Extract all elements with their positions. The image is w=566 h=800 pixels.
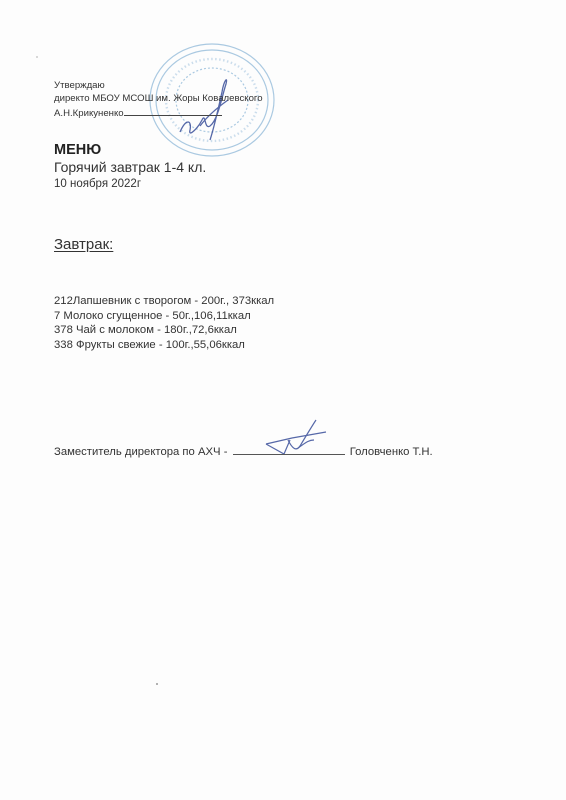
scan-speck [156, 683, 158, 685]
menu-item: 378 Чай с молоком - 180г.,72,6ккал [54, 323, 274, 338]
menu-item: 212Лапшевник с творогом - 200г., 373ккал [54, 294, 274, 309]
menu-items-list: 212Лапшевник с творогом - 200г., 373ккал… [54, 294, 274, 352]
approval-block: Утверждаю директо МБОУ МСОШ им. Жоры Ков… [54, 79, 263, 120]
footer-name: Головченко Т.Н. [350, 446, 433, 458]
approval-position: директо МБОУ МСОШ им. Жоры Ковалевского [54, 92, 263, 105]
signature-line [233, 443, 345, 455]
menu-item: 338 Фрукты свежие - 100г.,55,06ккал [54, 338, 274, 353]
footer-position: Заместитель директора по АХЧ - [54, 446, 227, 458]
page-title: МЕНЮ [54, 141, 206, 159]
approval-label: Утверждаю [54, 79, 263, 92]
section-heading-breakfast: Завтрак: [54, 236, 113, 253]
footer-signature: Заместитель директора по АХЧ - Головченк… [54, 443, 433, 458]
title-block: МЕНЮ Горячий завтрак 1-4 кл. 10 ноября 2… [54, 141, 206, 192]
approval-name: А.Н.Крикуненко [54, 108, 124, 119]
signature-line [124, 105, 222, 116]
scan-speck [36, 56, 38, 58]
menu-date: 10 ноября 2022г [54, 176, 206, 192]
menu-subtitle: Горячий завтрак 1-4 кл. [54, 159, 206, 176]
document-page: Утверждаю директо МБОУ МСОШ им. Жоры Ков… [0, 0, 566, 800]
menu-item: 7 Молоко сгущенное - 50г.,106,11ккал [54, 309, 274, 324]
